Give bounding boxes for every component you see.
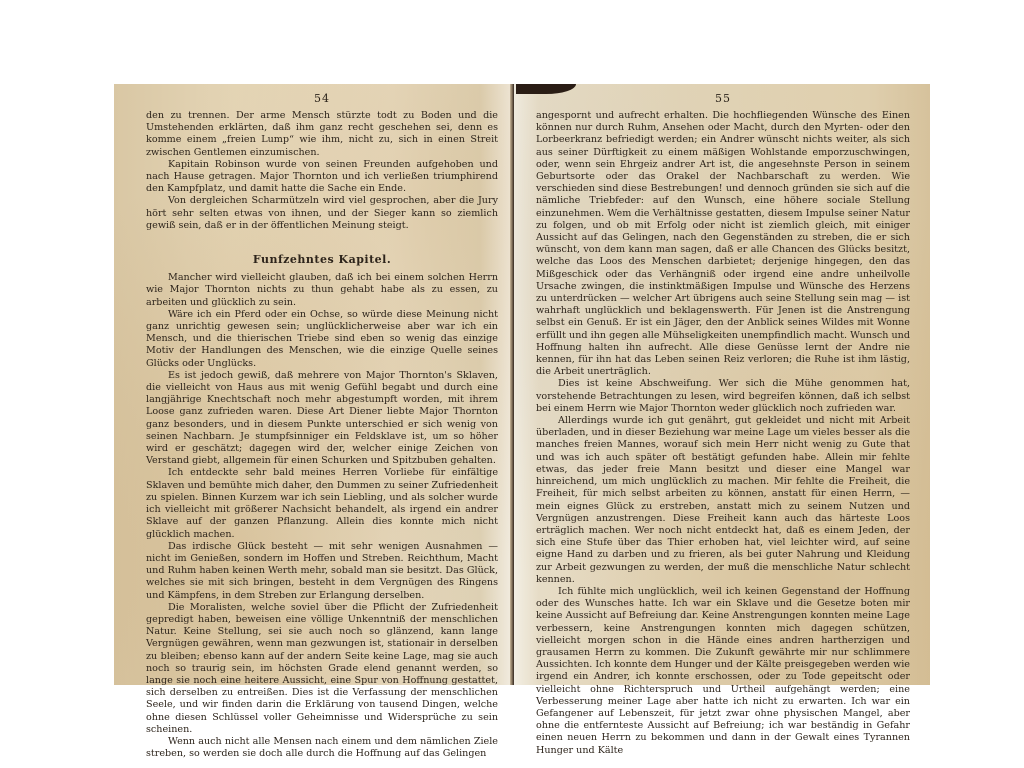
open-book-scan: 54 den zu trennen. Der arme Mensch stürz…: [114, 84, 930, 685]
left-page-body: den zu trennen. Der arme Mensch stürzte …: [146, 110, 498, 760]
page-number-right: 55: [536, 92, 910, 106]
paragraph: Allerdings wurde ich gut genährt, gut ge…: [536, 415, 910, 586]
paragraph: Wäre ich ein Pferd oder ein Ochse, so wü…: [146, 309, 498, 370]
paragraph: Es ist jedoch gewiß, daß mehrere von Maj…: [146, 370, 498, 468]
paragraph: Dies ist keine Abschweifung. Wer sich di…: [536, 378, 910, 415]
paragraph: Kapitain Robinson wurde von seinen Freun…: [146, 159, 498, 196]
left-page: 54 den zu trennen. Der arme Mensch stürz…: [114, 84, 512, 685]
right-page: 55 angespornt und aufrecht erhalten. Die…: [514, 84, 930, 685]
right-page-body: angespornt und aufrecht erhalten. Die ho…: [536, 110, 910, 757]
paragraph: Wenn auch nicht alle Mensen nach einem u…: [146, 736, 498, 760]
paragraph: Mancher wird vielleicht glauben, daß ich…: [146, 272, 498, 309]
paragraph: Die Moralisten, welche soviel über die P…: [146, 602, 498, 736]
paragraph: Ich fühlte mich unglücklich, weil ich ke…: [536, 586, 910, 757]
paragraph: Das irdische Glück besteht — mit sehr we…: [146, 541, 498, 602]
paragraph: den zu trennen. Der arme Mensch stürzte …: [146, 110, 498, 159]
paragraph: Von dergleichen Scharmützeln wird viel g…: [146, 195, 498, 232]
paragraph: Ich entdeckte sehr bald meines Herren Vo…: [146, 467, 498, 540]
page-number-left: 54: [146, 92, 498, 106]
paragraph: angespornt und aufrecht erhalten. Die ho…: [536, 110, 910, 378]
chapter-title: Funfzehntes Kapitel.: [146, 254, 498, 266]
